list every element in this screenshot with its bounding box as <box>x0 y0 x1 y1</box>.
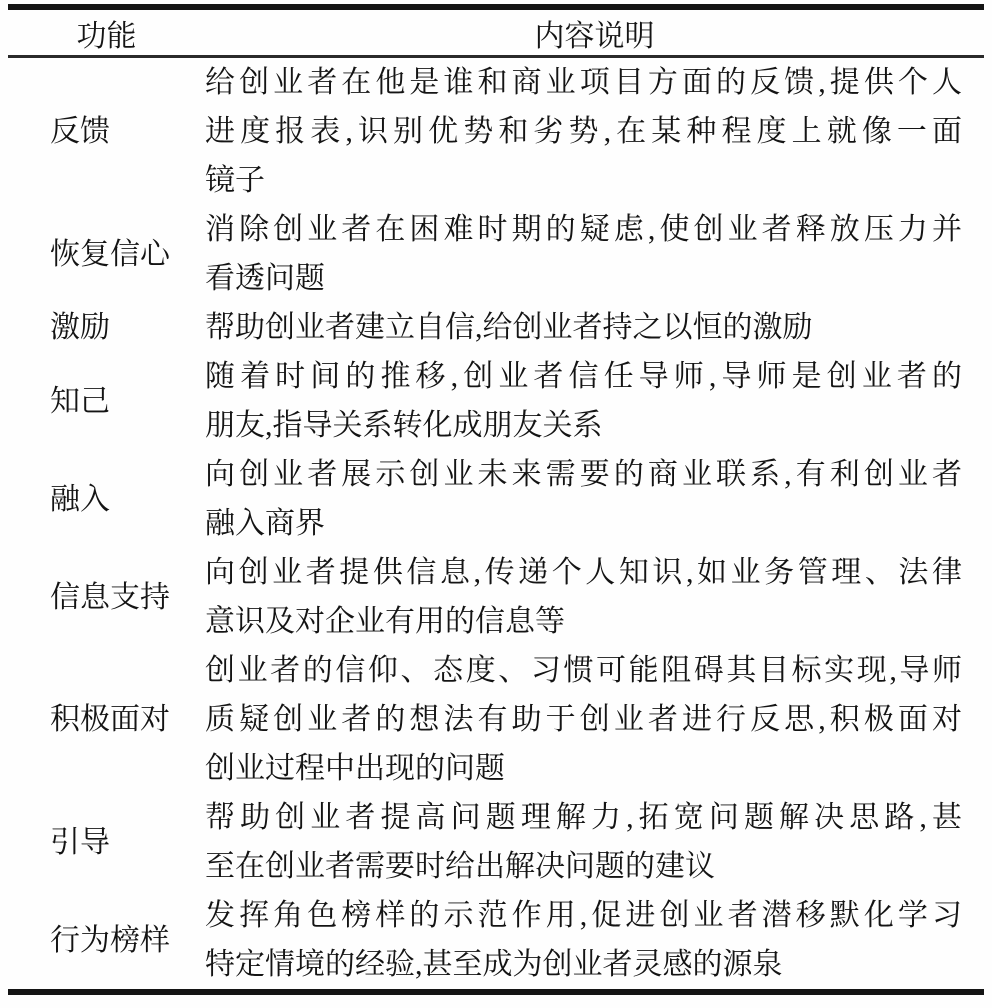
function-cell: 恢复信心 <box>8 205 205 303</box>
mentor-functions-table: 功能 内容说明 反馈 给创业者在他是谁和商业项目方面的反馈,提供个人进度报表,识… <box>8 4 984 995</box>
header-function-column: 功能 <box>8 11 205 55</box>
table-row: 积极面对 创业者的信仰、态度、习惯可能阻碍其目标实现,导师质疑创业者的想法有助于… <box>8 646 984 793</box>
description-line: 融入商界 <box>205 499 962 548</box>
description-cell: 向创业者提供信息,传递个人知识,如业务管理、法律意识及对企业有用的信息等 <box>205 548 962 646</box>
description-line: 特定情境的经验,甚至成为创业者灵感的源泉 <box>205 940 962 989</box>
table-body: 反馈 给创业者在他是谁和商业项目方面的反馈,提供个人进度报表,识别优势和劣势,在… <box>8 58 984 989</box>
description-cell: 随着时间的推移,创业者信任导师,导师是创业者的朋友,指导关系转化成朋友关系 <box>205 352 962 450</box>
table-bottom-rule <box>8 989 984 995</box>
description-line: 镜子 <box>205 156 962 205</box>
function-cell: 积极面对 <box>8 646 205 793</box>
description-cell: 发挥角色榜样的示范作用,促进创业者潜移默化学习特定情境的经验,甚至成为创业者灵感… <box>205 891 962 989</box>
description-line: 向创业者提供信息,传递个人知识,如业务管理、法律 <box>205 548 962 597</box>
description-line: 创业过程中出现的问题 <box>205 744 962 793</box>
table-row: 行为榜样 发挥角色榜样的示范作用,促进创业者潜移默化学习特定情境的经验,甚至成为… <box>8 891 984 989</box>
description-line: 给创业者在他是谁和商业项目方面的反馈,提供个人 <box>205 58 962 107</box>
description-line: 至在创业者需要时给出解决问题的建议 <box>205 842 962 891</box>
document-page: 功能 内容说明 反馈 给创业者在他是谁和商业项目方面的反馈,提供个人进度报表,识… <box>0 0 992 1008</box>
description-line: 消除创业者在困难时期的疑虑,使创业者释放压力并 <box>205 205 962 254</box>
function-cell: 知己 <box>8 352 205 450</box>
description-cell: 帮助创业者建立自信,给创业者持之以恒的激励 <box>205 303 962 352</box>
function-cell: 信息支持 <box>8 548 205 646</box>
description-line: 朋友,指导关系转化成朋友关系 <box>205 401 962 450</box>
description-cell: 给创业者在他是谁和商业项目方面的反馈,提供个人进度报表,识别优势和劣势,在某种程… <box>205 58 962 205</box>
description-line: 看透问题 <box>205 254 962 303</box>
table-row: 恢复信心 消除创业者在困难时期的疑虑,使创业者释放压力并看透问题 <box>8 205 984 303</box>
description-cell: 创业者的信仰、态度、习惯可能阻碍其目标实现,导师质疑创业者的想法有助于创业者进行… <box>205 646 962 793</box>
function-cell: 行为榜样 <box>8 891 205 989</box>
table-row: 知己 随着时间的推移,创业者信任导师,导师是创业者的朋友,指导关系转化成朋友关系 <box>8 352 984 450</box>
description-line: 帮助创业者提高问题理解力,拓宽问题解决思路,甚 <box>205 793 962 842</box>
description-line: 意识及对企业有用的信息等 <box>205 597 962 646</box>
function-cell: 反馈 <box>8 58 205 205</box>
description-line: 进度报表,识别优势和劣势,在某种程度上就像一面 <box>205 107 962 156</box>
description-line: 发挥角色榜样的示范作用,促进创业者潜移默化学习 <box>205 891 962 940</box>
table-row: 激励 帮助创业者建立自信,给创业者持之以恒的激励 <box>8 303 984 352</box>
function-cell: 激励 <box>8 303 205 352</box>
description-line: 创业者的信仰、态度、习惯可能阻碍其目标实现,导师 <box>205 646 962 695</box>
description-cell: 帮助创业者提高问题理解力,拓宽问题解决思路,甚至在创业者需要时给出解决问题的建议 <box>205 793 962 891</box>
function-cell: 融入 <box>8 450 205 548</box>
function-cell: 引导 <box>8 793 205 891</box>
header-description-column: 内容说明 <box>205 11 984 55</box>
description-line: 向创业者展示创业未来需要的商业联系,有利创业者 <box>205 450 962 499</box>
table-row: 信息支持 向创业者提供信息,传递个人知识,如业务管理、法律意识及对企业有用的信息… <box>8 548 984 646</box>
table-row: 引导 帮助创业者提高问题理解力,拓宽问题解决思路,甚至在创业者需要时给出解决问题… <box>8 793 984 891</box>
table-row: 融入 向创业者展示创业未来需要的商业联系,有利创业者融入商界 <box>8 450 984 548</box>
description-line: 随着时间的推移,创业者信任导师,导师是创业者的 <box>205 352 962 401</box>
description-line: 质疑创业者的想法有助于创业者进行反思,积极面对 <box>205 695 962 744</box>
table-row: 反馈 给创业者在他是谁和商业项目方面的反馈,提供个人进度报表,识别优势和劣势,在… <box>8 58 984 205</box>
table-header-row: 功能 内容说明 <box>8 10 984 55</box>
description-line: 帮助创业者建立自信,给创业者持之以恒的激励 <box>205 303 962 352</box>
description-cell: 向创业者展示创业未来需要的商业联系,有利创业者融入商界 <box>205 450 962 548</box>
description-cell: 消除创业者在困难时期的疑虑,使创业者释放压力并看透问题 <box>205 205 962 303</box>
